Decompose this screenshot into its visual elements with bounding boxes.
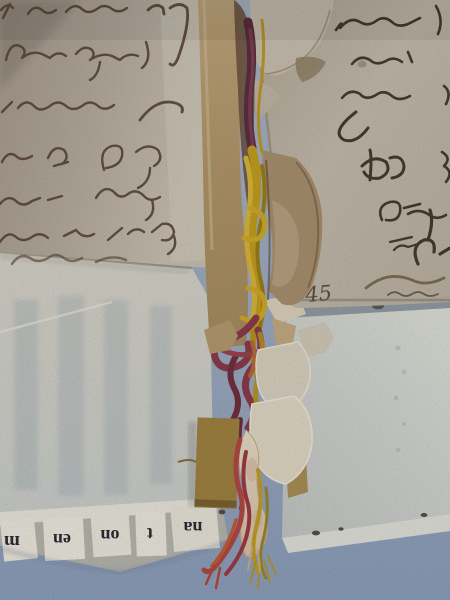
photo-canvas: m en on t na xyxy=(0,0,450,600)
manuscript-photograph: m en on t na xyxy=(0,0,450,600)
photo-grain xyxy=(0,0,450,600)
top-vignette xyxy=(0,0,450,40)
